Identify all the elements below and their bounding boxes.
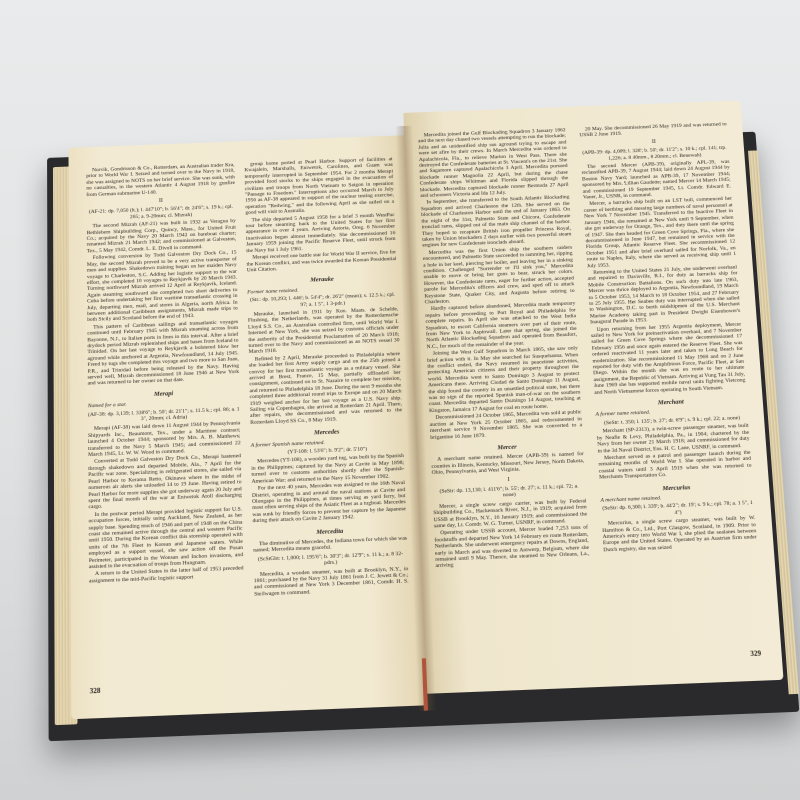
right-page-column-2: 20 May. She decommissioned 26 May 1919 a… <box>579 122 758 555</box>
right-page: Mercedita joined the Gulf Blockading Squ… <box>403 100 783 693</box>
left-page: Norvik, Gondrisson & Co., Rotterdam, an … <box>68 135 426 719</box>
page-number-left: 328 <box>90 687 101 696</box>
paragraph: The ship departed 5 August 1958 for a br… <box>246 212 396 254</box>
paragraph: Mercedita joined the Gulf Blockading Squ… <box>418 127 569 199</box>
paragraph: Upon returning from her 1955 Argentia de… <box>590 321 745 396</box>
page-number-right: 329 <box>750 649 761 658</box>
paragraph: In the postwar period Merapi provided lo… <box>88 506 243 570</box>
paragraph: Following conversion by Todd Galveston D… <box>87 250 238 324</box>
paragraph: In September, she transferred to the Sou… <box>421 195 572 249</box>
paragraph: Refitted by 2 April, Merauke proceeded t… <box>249 351 403 426</box>
left-page-column-2: group home ported at Pearl Harbor. Suppo… <box>244 156 409 598</box>
paragraph: Merauke, launched in 1911 by Kon. Maats.… <box>248 306 400 355</box>
paragraph: Joining the West Gulf Squadron in March … <box>427 346 581 415</box>
paragraph: This pattern of Caribbean sailings and t… <box>87 319 239 387</box>
open-book: Norvik, Gondrisson & Co., Rotterdam, an … <box>39 94 798 741</box>
paragraph: group home ported at Pearl Harbor. Suppo… <box>244 156 394 216</box>
right-page-column-1: Mercedita joined the Gulf Blockading Squ… <box>418 127 590 570</box>
left-page-column-1: Norvik, Gondrisson & Co., Rotterdam, an … <box>86 162 244 585</box>
paragraph: For the next 40 years, Mercedes was assi… <box>252 480 407 525</box>
paragraph: Mercedita, a wooden steamer, was built a… <box>254 566 409 598</box>
paragraph: Mercurius, a single screw cargo steamer,… <box>602 515 758 553</box>
paragraph: Returning to the United States 21 July, … <box>587 265 741 326</box>
paragraph: Decommissioned 24 October 1865, Mercedit… <box>429 410 582 441</box>
paragraph: Merapi (AF-38) was laid down 11 August 1… <box>88 421 241 459</box>
paragraph: A merchant name retained. Mercer (APB-39… <box>431 451 585 476</box>
paragraph: The second Mizrah (AF-21) was built in 1… <box>87 218 237 254</box>
paragraph: Converted at Todd Galveston Dry Dock Co.… <box>88 454 242 511</box>
paragraph: Hardly captured before abandoned, Merced… <box>425 301 578 350</box>
paragraph: Norvik, Gondrisson & Co., Rotterdam, an … <box>86 162 235 198</box>
paragraph: Mercedita was the first Union ship the s… <box>423 245 576 306</box>
paragraph: Operating under USSB account, Mercer loa… <box>434 525 590 570</box>
paragraph: Mercer, a barracks ship built on an LST … <box>583 196 736 269</box>
paragraph: Merchant served as a patrol and passenge… <box>598 450 752 481</box>
paragraph: The second Mercer (APB-39), originally A… <box>581 159 732 201</box>
